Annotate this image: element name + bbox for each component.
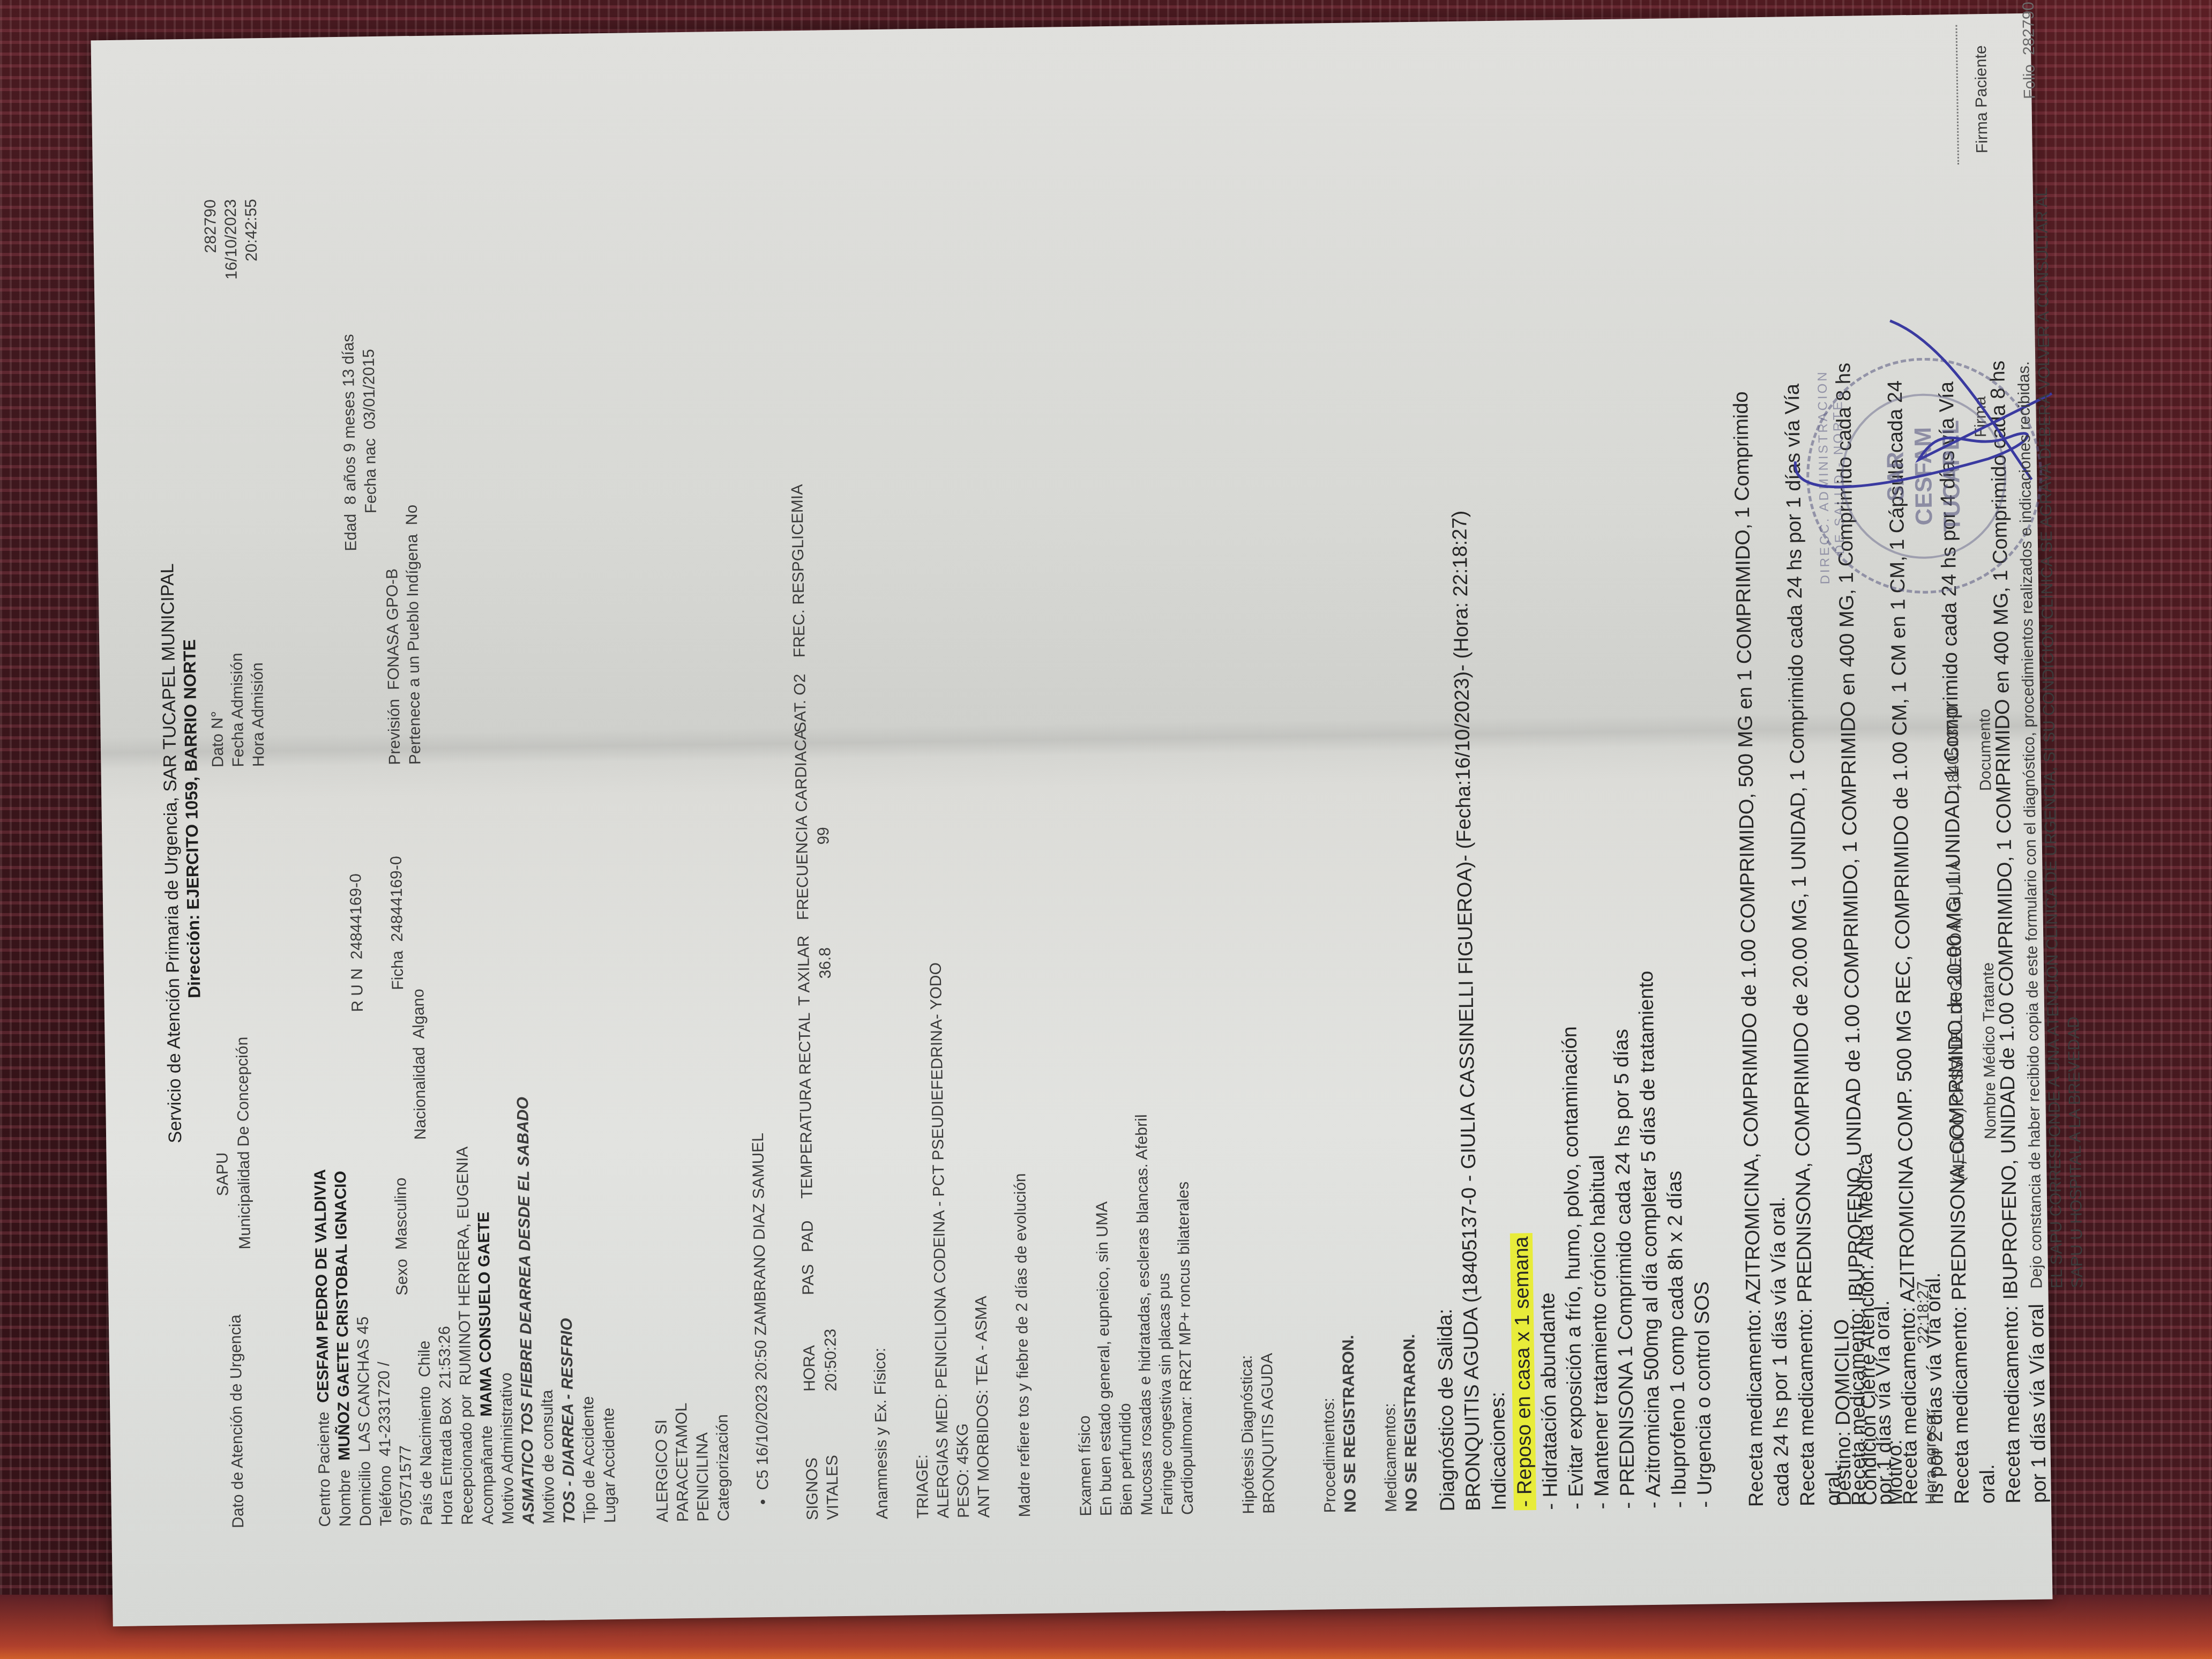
categorizacion-entry: • C5 16/10/2023 20:50 ZAMBRANO DIAZ SAMU…	[749, 1133, 773, 1505]
hora-admision-label: Hora Admisión	[247, 652, 269, 767]
run-field: R U N 24844169-0	[347, 873, 367, 1012]
dato-value: 282790	[200, 199, 221, 253]
service-value: SAPU	[214, 1152, 233, 1196]
hora-admision-value: 20:42:55	[241, 199, 263, 261]
fecha-admision-label: Fecha Admisión	[227, 653, 249, 767]
firma-paciente-label: Firma Paciente	[1972, 45, 1992, 153]
vitals-col-temp-rectal: TEMPERATURA RECTAL	[796, 1012, 817, 1199]
motivo-cierre: Motivo:	[1878, 1153, 1909, 1505]
vitals-col-pad: PAD	[798, 1220, 817, 1252]
firma-paciente-line	[1955, 25, 1959, 165]
allergy-item: ALERGICO SI	[651, 1403, 673, 1522]
ficha-field: Ficha 24844169-0	[387, 856, 407, 990]
vitals-label: SIGNOS VITALES	[802, 1455, 844, 1520]
vitals-col-frec-resp: FREC. RESP	[789, 561, 809, 657]
recepcionado-value: RUMINOT HERRERA, EUGENIA	[453, 1146, 474, 1386]
documento-label: Documento	[1976, 709, 1995, 791]
patient-left: Centro Paciente CESFAM PEDRO DE VALDIVIA…	[309, 1096, 621, 1527]
dato-label: Dato N°	[207, 653, 229, 768]
hora-box-value: 21:53:26	[436, 1326, 454, 1388]
municipality: Municipalidad De Concepción	[234, 1037, 255, 1250]
admission-labels: Dato N° Fecha Admisión Hora Admisión	[207, 652, 270, 767]
closing-block: Destino: DOMICILIO Condición Cierre Aten…	[1827, 1153, 1909, 1506]
medico-label: Nombre Médico Tratante	[1979, 962, 2000, 1140]
service-label: Dato de Atención de Urgencia	[227, 1314, 248, 1528]
vitals-val-hora: 20:50:23	[821, 1328, 841, 1391]
vitals-col-frec-cardiaca: FRECUENCIA CARDIACA	[792, 729, 813, 920]
vitals-val-frec-cardiaca: 99	[814, 827, 833, 845]
allergy-item: PENICILINA	[692, 1402, 714, 1522]
fecha-nac-field: Fecha nac 03/01/2015	[360, 349, 380, 513]
admission-values: 282790 16/10/2023 20:42:55	[200, 199, 263, 280]
indicacion-highlighted: - Reposo en casa x 1 semana	[1510, 1233, 1536, 1510]
folio: Folio 282790	[2020, 2, 2039, 99]
edad-field: Edad 8 años 9 meses 13 días	[339, 334, 361, 551]
allergies-list: ALERGICO SI PARACETAMOL PENICILINA Categ…	[651, 1402, 734, 1522]
vitals-col-glicemia: GLICEMIA	[788, 484, 808, 561]
fecha-admision-value: 16/10/2023	[221, 199, 242, 280]
categorizacion-label: Categorización	[712, 1402, 734, 1522]
vitals-col-hora: HORA	[801, 1345, 819, 1392]
domicilio-value: LAS CANCHAS 45	[354, 1317, 374, 1453]
centro-value: CESFAM PEDRO DE VALDIVIA	[311, 1169, 332, 1403]
pueblo-field: Pertenece a un Pueblo Indígena No	[403, 505, 425, 765]
medico-doc: 18405137-0	[1944, 706, 1963, 792]
hora-egreso-label: Hora egreso:	[1922, 1411, 1941, 1505]
vitals-col-sat-o2: SAT. O2	[791, 674, 810, 733]
allergy-item: PARACETAMOL	[671, 1403, 693, 1522]
medical-discharge-form: Servicio de Atención Primaria de Urgenci…	[91, 13, 2053, 1626]
vitals-col-pas: PAS	[799, 1264, 818, 1295]
nombre-value: MUÑOZ GAETE CRISTOBAL IGNACIO	[332, 1171, 354, 1461]
vitals-val-t-axilar: 36.8	[816, 947, 835, 979]
pais-value: Chile	[415, 1341, 434, 1378]
vitals-col-t-axilar: T AXILAR	[795, 936, 814, 1006]
sexo-field: Sexo Masculino	[392, 1177, 412, 1296]
nacionalidad-field: Nacionalidad Algano	[409, 989, 430, 1140]
telefono-value: 41-2331720 /	[375, 1362, 394, 1456]
hora-egreso-value: 22:18:27	[1914, 1281, 1933, 1344]
prevision-field: Previsión FONASA GPO-B	[383, 569, 404, 765]
acompanante-value: MAMA CONSUELO GAETE	[475, 1212, 495, 1417]
anamnesis-block: Anamnesis y Ex. Físico: TRIAGE: ALERGIAS…	[865, 956, 1422, 1520]
